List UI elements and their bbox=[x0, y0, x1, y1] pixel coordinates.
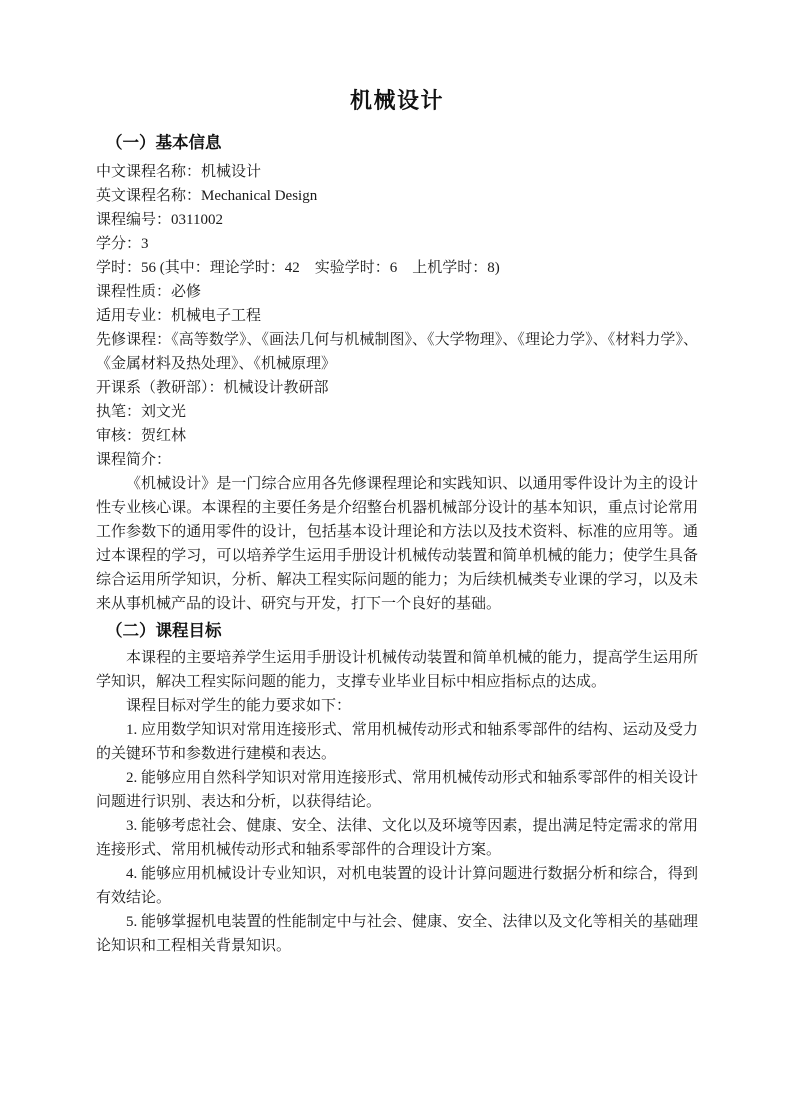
document-title: 机械设计 bbox=[96, 86, 698, 116]
section-heading-course-objectives: （二）课程目标 bbox=[96, 618, 698, 644]
info-line-applicable-major: 适用专业：机械电子工程 bbox=[96, 304, 698, 328]
course-objectives-body: 本课程的主要培养学生运用手册设计机械传动装置和简单机械的能力，提高学生运用所学知… bbox=[96, 646, 698, 958]
info-line-author: 执笔：刘文光 bbox=[96, 400, 698, 424]
info-line-class-hours: 学时：56 (其中：理论学时：42 实验学时：6 上机学时：8) bbox=[96, 256, 698, 280]
info-line-course-type: 课程性质：必修 bbox=[96, 280, 698, 304]
info-line-credits: 学分：3 bbox=[96, 232, 698, 256]
objective-item-1: 1. 应用数学知识对常用连接形式、常用机械传动形式和轴系零部件的结构、运动及受力… bbox=[96, 718, 698, 766]
section-heading-basic-info: （一）基本信息 bbox=[96, 130, 698, 156]
basic-info-list: 中文课程名称：机械设计 英文课程名称：Mechanical Design 课程编… bbox=[96, 160, 698, 472]
info-line-course-intro-label: 课程简介： bbox=[96, 448, 698, 472]
document-page: 机械设计 （一）基本信息 中文课程名称：机械设计 英文课程名称：Mechanic… bbox=[0, 0, 794, 1108]
info-line-prerequisites: 先修课程：《高等数学》、《画法几何与机械制图》、《大学物理》、《理论力学》、《材… bbox=[96, 328, 698, 376]
objective-item-3: 3. 能够考虑社会、健康、安全、法律、文化以及环境等因素，提出满足特定需求的常用… bbox=[96, 814, 698, 862]
objective-item-4: 4. 能够应用机械设计专业知识，对机电装置的设计计算问题进行数据分析和综合，得到… bbox=[96, 862, 698, 910]
objective-item-2: 2. 能够应用自然科学知识对常用连接形式、常用机械传动形式和轴系零部件的相关设计… bbox=[96, 766, 698, 814]
objectives-summary-paragraph: 本课程的主要培养学生运用手册设计机械传动装置和简单机械的能力，提高学生运用所学知… bbox=[96, 646, 698, 694]
info-line-chinese-course-name: 中文课程名称：机械设计 bbox=[96, 160, 698, 184]
info-line-english-course-name: 英文课程名称：Mechanical Design bbox=[96, 184, 698, 208]
info-line-department: 开课系（教研部）：机械设计教研部 bbox=[96, 376, 698, 400]
course-intro-paragraph: 《机械设计》是一门综合应用各先修课程理论和实践知识、以通用零件设计为主的设计性专… bbox=[96, 472, 698, 616]
objective-item-5: 5. 能够掌握机电装置的性能制定中与社会、健康、安全、法律以及文化等相关的基础理… bbox=[96, 910, 698, 958]
info-line-course-code: 课程编号：0311002 bbox=[96, 208, 698, 232]
info-line-reviewer: 审核：贺红林 bbox=[96, 424, 698, 448]
objectives-requirements-lead: 课程目标对学生的能力要求如下： bbox=[96, 694, 698, 718]
